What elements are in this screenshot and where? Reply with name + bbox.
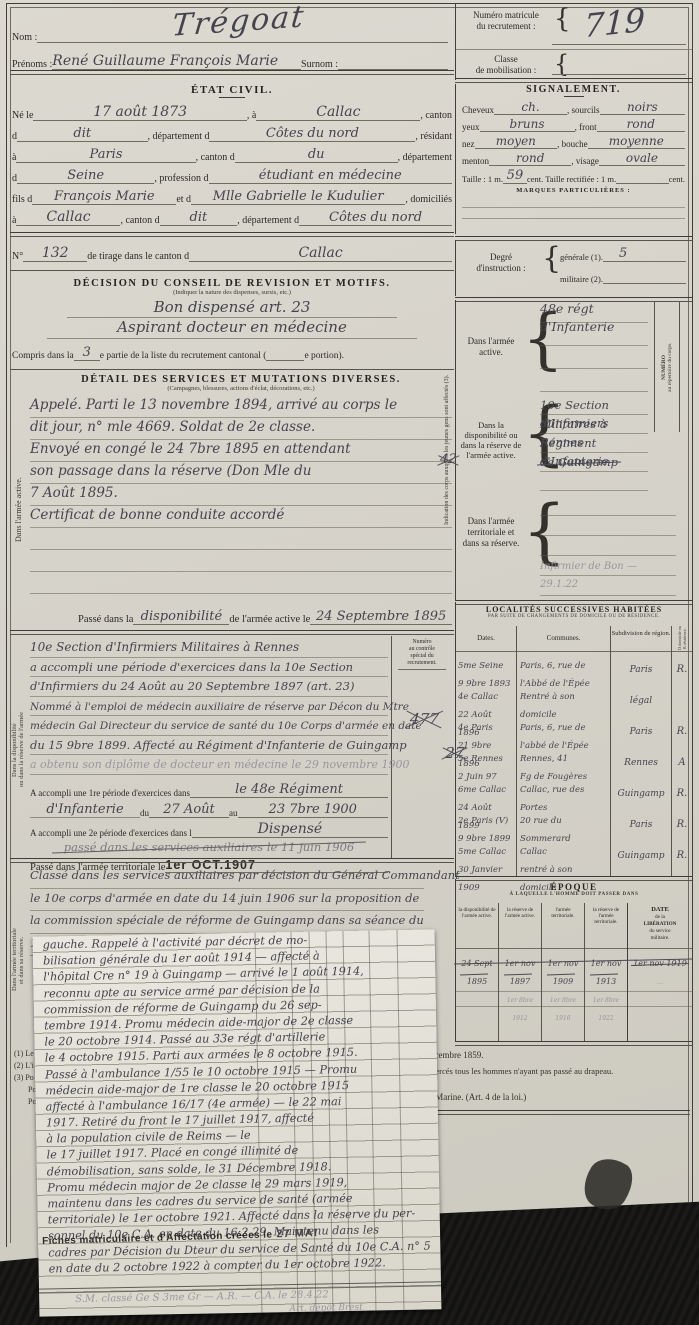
periode1-handwritten-2: d'Infanterie xyxy=(46,802,123,817)
commune-cell: Rennes, 41Fg de Fougères xyxy=(520,748,607,779)
rule xyxy=(455,78,692,83)
blank-line xyxy=(462,208,685,219)
nom-label: Nom : xyxy=(12,32,37,43)
armee-active-label: Dans l'armée active. xyxy=(460,336,522,358)
disponibilite-vertical-1: Dans la disponibilité xyxy=(11,655,18,845)
departement3-handwritten: Côtes du nord xyxy=(329,210,422,225)
blank-line xyxy=(30,528,452,550)
footnote-3: (3) Po xyxy=(14,1072,36,1084)
terr-handwritten-2: le 10e corps d'armée en date du 14 juin … xyxy=(30,891,419,905)
service-handwritten-2: dit jour, n° mle 4669. Soldat de 2e clas… xyxy=(30,419,315,435)
armee-active-handwritten: 48e régt d'Infanterie xyxy=(540,301,614,334)
rule xyxy=(10,369,454,370)
birthdate-line: 17 août 1873 xyxy=(33,104,247,121)
disponibilite-lines: 10e Section d'Infirmiers Militaires à Re… xyxy=(540,396,648,491)
blank-line xyxy=(540,496,676,516)
sourcils-line: noirs xyxy=(600,100,685,115)
dispo-handwritten-l7: a obtenu son diplôme de docteur en médec… xyxy=(30,758,410,771)
profession-handwritten: étudiant en médecine xyxy=(259,168,402,183)
blank-line xyxy=(30,572,452,594)
numero-repertoire-label-2: au répertoire du corps. xyxy=(667,302,673,432)
corps-line: Infirmier de Bon — 29.1.22 xyxy=(540,556,676,576)
front-line: rond xyxy=(597,117,685,132)
date-cell: 4e Paris21 9bre 1896 xyxy=(458,717,514,748)
nez-handwritten: moyen xyxy=(496,134,536,148)
date-cell: 2e Paris (V)9 9bre 1899 xyxy=(458,810,514,841)
brace-glyph: { xyxy=(554,52,569,76)
disponibilite-text: 10e Section d'Infirmiers Militaires à Re… xyxy=(30,638,388,873)
nez-line: moyen xyxy=(475,134,558,149)
passe-label-a: Passé dans la xyxy=(78,614,133,625)
matricule-box: Numéro matricule du recrutement : { 719 … xyxy=(455,4,692,80)
dispo-handwritten-l4: Nommé à l'emploi de médecin auxiliaire d… xyxy=(30,701,409,713)
degre-section: Degré d'instruction : { générale (1). 5 … xyxy=(455,240,692,296)
terr-line: le 10e corps d'armée en date du 14 juin … xyxy=(30,889,424,912)
periode2-handwritten: Dispensé xyxy=(258,821,323,837)
birthplace-line: Callac xyxy=(256,104,420,121)
epoque-col-1: la disponibilité de l'armée active. 24 S… xyxy=(456,903,499,1041)
commune-cell: Rentré à son domicile xyxy=(520,686,607,717)
epoque-subtitle: À LAQUELLE L'HOMME DOIT PASSER DANS xyxy=(456,892,692,897)
disponibilite-section: Numéro au contrôle spécial du recrutemen… xyxy=(30,636,452,858)
col-dates: Dates. 5me Seine9 9bre 1893 4e Callac22 … xyxy=(456,626,517,876)
rule xyxy=(10,232,454,237)
signalement-title: SIGNALEMENT. xyxy=(462,84,685,95)
crossed-out-line: passé dans les services auxiliaires le 1… xyxy=(30,838,388,855)
dr-cell: R. xyxy=(672,841,692,872)
stamp-date: 27 MAI xyxy=(276,1227,318,1240)
commune-cell: 20 rue duSommerard xyxy=(520,810,607,841)
col-subdivision-body: Paris légal Paris Rennes Guingamp Paris … xyxy=(611,652,671,872)
passe-handwritten-2: 24 Septembre 1895 xyxy=(316,609,446,624)
rule xyxy=(552,44,686,45)
blank-line xyxy=(540,346,648,369)
scanned-military-record: { "glyphs": { "brace": "{", "paren": "("… xyxy=(0,0,699,1325)
dispo-line: 10e Section d'Infirmiers Militaires à Re… xyxy=(30,638,388,658)
decision-title: DÉCISION DU CONSEIL DE REVISION ET MOTIF… xyxy=(12,278,452,289)
commune-cell: Callac, rue desPortes xyxy=(520,779,607,810)
blank-line xyxy=(540,516,676,536)
dispo-handwritten-l1: 10e Section d'Infirmiers Militaires à Re… xyxy=(30,640,299,654)
blank-line xyxy=(540,536,676,556)
residence-line: Paris xyxy=(16,147,195,163)
domicile-line: Callac xyxy=(16,209,120,226)
passe-disponibilite-row: Passé dans la disponibilité de l'armée a… xyxy=(78,606,452,625)
corps-line: Militaires à Rennes xyxy=(540,415,648,434)
profession-line: étudiant en médecine xyxy=(209,168,453,184)
armee-active-vertical-label: Dans l'armée active. xyxy=(14,430,23,590)
dispo-line: d'Infirmiers du 24 Août au 20 Septembre … xyxy=(30,677,388,697)
dispo-handwritten-4: de Guingamp xyxy=(540,455,618,469)
birthdate-handwritten: 17 août 1873 xyxy=(93,104,187,120)
periode1-line-4: 23 7bre 1900 xyxy=(238,802,389,818)
periode1-line-3: 27 Août xyxy=(149,802,229,818)
localites-title: LOCALITÉS SUCCESSIVES HABITÉES xyxy=(456,605,692,614)
degre-generale-handwritten: 5 xyxy=(619,246,627,261)
dr-cell xyxy=(672,686,692,717)
dr-cell: A xyxy=(672,748,692,779)
service-line: dit jour, n° mle 4669. Soldat de 2e clas… xyxy=(30,418,452,440)
passe-line-1: disponibilité xyxy=(133,609,229,625)
degre-militaire-line xyxy=(603,283,686,284)
disponibilite-vertical-label: Dans la disponibilité ou dans la réserve… xyxy=(11,655,25,845)
service-handwritten-1: Appelé. Parti le 13 novembre 1894, arriv… xyxy=(30,397,397,413)
canton3-line: dit xyxy=(160,210,238,226)
subdiv-cell: légal xyxy=(613,686,669,717)
canton2-handwritten: du xyxy=(308,147,325,162)
corps-line: 10e Section d'Infirmiers xyxy=(540,396,648,415)
slip-footer-note-2: Art. dépôt Brest xyxy=(289,1303,363,1314)
visage-line: ovale xyxy=(599,151,685,166)
canton-line: dit xyxy=(17,126,148,142)
dispo-line: médecin Gal Directeur du service de sant… xyxy=(30,716,388,736)
service-handwritten-4: son passage dans la réserve (Don Mle du xyxy=(30,463,312,479)
prenoms-line: René Guillaume François Marie xyxy=(52,53,301,70)
epoque-value-3: 1er nov 19091er 8bre 1916 xyxy=(542,949,584,977)
taille-rect-line xyxy=(616,183,669,184)
footnote-3b: Po xyxy=(14,1084,36,1096)
dr-cell: R. xyxy=(672,655,692,686)
footnote-2: (2) L'i xyxy=(14,1060,36,1072)
controle-special-header: Numéro au contrôle spécial du recrutemen… xyxy=(392,636,452,667)
signalement-section: SIGNALEMENT. Cheveux ch. , sourcils noir… xyxy=(455,84,691,234)
dispo-line: a accompli une période d'exercices dans … xyxy=(30,658,388,678)
canton-handwritten: dit xyxy=(73,126,91,141)
disponibilite-label: Dans la disponibilité ou dans la réserve… xyxy=(460,420,522,460)
dispo-handwritten-l2: a accompli une période d'exercices dans … xyxy=(30,660,353,674)
father-handwritten: François Marie xyxy=(54,189,155,204)
etat-civil-title: ÉTAT CIVIL. xyxy=(12,84,452,96)
etat-civil-section: ÉTAT CIVIL. Né le 17 août 1873 , à Calla… xyxy=(12,84,452,232)
terr-handwritten-3: la commission spéciale de réforme de Gui… xyxy=(30,913,424,927)
degre-militaire-label: militaire (2). xyxy=(560,274,603,284)
subdiv-cell: Paris xyxy=(613,717,669,748)
degre-label: Degré d'instruction : xyxy=(462,252,540,274)
departement2-line: Seine xyxy=(17,168,154,184)
prenoms-label: Prénoms : xyxy=(12,59,52,70)
rule xyxy=(456,49,692,50)
territoriale-label: Dans l'armée territoriale et dans sa rés… xyxy=(460,516,522,549)
col-communes-body: Paris, 6, rue del'Abbé de l'Épée Rentré … xyxy=(517,652,610,872)
taille-handwritten: 59 xyxy=(507,168,524,183)
periode1-line: le 48e Régiment xyxy=(190,782,388,798)
passe-handwritten-1: disponibilité xyxy=(141,609,223,624)
blank-line xyxy=(540,472,648,491)
periode1-handwritten-4: 23 7bre 1900 xyxy=(269,802,357,817)
dispo-line: Nommé à l'emploi de médecin auxiliaire d… xyxy=(30,697,388,717)
corps-box: NUMÉRO au répertoire du corps. 42 Dans l… xyxy=(455,300,692,600)
nom-line xyxy=(37,42,448,43)
numero-tirage-handwritten: 132 xyxy=(42,245,69,261)
bouche-handwritten: moyenne xyxy=(609,134,664,148)
rule xyxy=(219,97,245,98)
degre-generale-line: 5 xyxy=(603,246,686,262)
departement-handwritten: Côtes du nord xyxy=(266,126,359,141)
tirage-row: N° 132 de tirage dans le canton d Callac xyxy=(12,242,452,262)
header-left: Trégoat Nom : Prénoms : René Guillaume F… xyxy=(12,6,452,72)
numero-tirage-line: 132 xyxy=(23,245,87,262)
col-communes: Communes. Paris, 6, rue del'Abbé de l'Ép… xyxy=(517,626,611,876)
brace-glyph: { xyxy=(554,6,571,32)
service-line: son passage dans la réserve (Don Mle du xyxy=(30,462,452,484)
liberation-header: DATE de la LIBÉRATION du service militai… xyxy=(628,903,692,949)
corps-line: de Guingamp xyxy=(540,453,648,472)
epoque-col-3: l'armée territoriale. 1er nov 19091er 8b… xyxy=(542,903,585,1041)
ne-le-label: Né le xyxy=(12,110,33,121)
canton2-line: du xyxy=(235,147,398,163)
terr-handwritten-1: Classé dans les services auxiliaires par… xyxy=(30,868,460,882)
services-subtitle: (Campagnes, blessures, actions d'éclat, … xyxy=(30,385,452,392)
rule xyxy=(552,74,686,75)
rule xyxy=(398,669,446,670)
territoriale-vertical-1: Dans l'armée territoriale xyxy=(11,885,18,1035)
prenoms-handwritten: René Guillaume François Marie xyxy=(52,53,278,69)
slip-line: à la population civile de Reims — le xyxy=(46,1129,251,1146)
col-dr-header: D domicile ou R résidence. xyxy=(672,626,692,652)
rule xyxy=(10,270,454,271)
decision-handwritten-2: Aspirant docteur en médecine xyxy=(117,318,347,336)
col-dr-body: R. R. A R. R. R. xyxy=(672,652,692,872)
departement3-line: Côtes du nord xyxy=(299,210,452,226)
periode1-label: A accompli une 1re période d'exercices d… xyxy=(30,788,190,798)
mother-line: Mlle Gabrielle le Kudulier xyxy=(191,189,405,205)
services-title: DÉTAIL DES SERVICES ET MUTATIONS DIVERSE… xyxy=(30,374,452,385)
dispo-line: a obtenu son diplôme de docteur en médec… xyxy=(30,755,388,775)
mother-handwritten: Mlle Gabrielle le Kudulier xyxy=(213,189,384,204)
subdiv-cell: Rennes xyxy=(613,748,669,779)
marques-label: MARQUES PARTICULIÈRES : xyxy=(462,187,685,194)
subdiv-cell: Paris xyxy=(613,810,669,841)
epoque-col-4: la réserve de l'armée territoriale. 1er … xyxy=(585,903,628,1041)
passe-label-b: de l'armée active le xyxy=(229,614,310,625)
service-handwritten-5: 7 Août 1895. xyxy=(30,485,118,501)
sourcils-handwritten: noirs xyxy=(627,100,658,114)
col-subdivision-header: Subdivision de région. xyxy=(611,626,671,652)
date-cell: 5e Rennes2 Juin 97 xyxy=(458,748,514,779)
date-cell: 5me Callac30 Janvier 1909 xyxy=(458,841,514,872)
date-cell: 5me Seine9 9bre 1893 xyxy=(458,655,514,686)
menton-line: rond xyxy=(489,151,571,166)
territoriale-lines: Infirmier de Bon — 29.1.22 xyxy=(540,496,676,596)
localites-section: LOCALITÉS SUCCESSIVES HABITÉES PAR SUITE… xyxy=(455,602,692,876)
footnotes-left: (1) Le (2) L'i (3) Po Po Po xyxy=(14,1048,36,1108)
yeux-line: bruns xyxy=(480,117,575,132)
matricule-number-handwritten: 719 xyxy=(583,1,645,46)
bouche-line: moyenne xyxy=(588,134,685,149)
rule xyxy=(10,70,454,75)
territoriale-vertical-label: Dans l'armée territoriale et dans sa rés… xyxy=(11,885,25,1035)
blank-line xyxy=(462,194,685,208)
domicile-handwritten: Callac xyxy=(46,209,90,225)
col-subdivision: Subdivision de région. Paris légal Paris… xyxy=(611,626,672,876)
attached-paper-slip: gauche. Rappelé à l'activité par décret … xyxy=(33,929,442,1316)
blank-line xyxy=(30,550,452,572)
blank-line xyxy=(540,369,648,392)
corps-line: Régiment d'Infanterie xyxy=(540,434,648,453)
decision-section: DÉCISION DU CONSEIL DE REVISION ET MOTIF… xyxy=(12,278,452,368)
rule xyxy=(398,1110,690,1115)
residence-handwritten: Paris xyxy=(90,147,123,162)
subdiv-cell: Guingamp xyxy=(613,841,669,872)
periode2-label: A accompli une 2e période d'exercices da… xyxy=(30,828,192,838)
footnote-1: (1) Le xyxy=(14,1048,36,1060)
dispo-line: du 15 9bre 1899. Affecté au Régiment d'I… xyxy=(30,736,388,756)
rule xyxy=(455,1041,692,1046)
col-communes-header: Communes. xyxy=(517,626,610,652)
portion-line xyxy=(266,360,304,361)
subdiv-cell: Paris xyxy=(613,655,669,686)
decision-line-1: Bon dispensé art. 23 xyxy=(67,298,397,318)
epoque-col-2: la réserve de l'armée active. 1er nov 18… xyxy=(499,903,542,1041)
numero-tirage-label: N° xyxy=(12,251,23,262)
dispo-handwritten-l3: d'Infirmiers du 24 Août au 20 Septembre … xyxy=(30,679,354,693)
degre-generale-label: générale (1). xyxy=(560,252,603,262)
service-line: Appelé. Parti le 13 novembre 1894, arriv… xyxy=(30,396,452,418)
classe-label: Classe de mobilisation : xyxy=(460,54,552,76)
departement2-handwritten: Seine xyxy=(67,168,104,183)
blank-line xyxy=(628,992,692,1007)
armee-active-lines: 48e régt d'Infanterie xyxy=(540,300,648,392)
service-line: 7 Août 1895. xyxy=(30,484,452,506)
tirage-canton-line: Callac xyxy=(189,245,452,262)
canton3-handwritten: dit xyxy=(190,210,208,225)
cheveux-line: ch. xyxy=(494,100,567,115)
dr-cell: R. xyxy=(672,779,692,810)
subdiv-cell: Guingamp xyxy=(613,779,669,810)
departement-line: Côtes du nord xyxy=(209,126,415,142)
periode1-handwritten-3: 27 Août xyxy=(163,802,215,817)
cheveux-handwritten: ch. xyxy=(521,100,539,114)
dispo-handwritten-l5: médecin Gal Directeur du service de sant… xyxy=(30,720,422,732)
brace-glyph: { xyxy=(542,244,561,274)
decision-handwritten-1: Bon dispensé art. 23 xyxy=(154,298,311,316)
numero-repertoire-col: NUMÉRO au répertoire du corps. xyxy=(654,302,680,432)
commune-cell: Paris, 6, rue del'Abbé de l'Épée xyxy=(520,655,607,686)
service-line: Certificat de bonne conduite accordé xyxy=(30,506,452,528)
periode2-line: Dispensé xyxy=(192,821,388,838)
compris-line: 3 xyxy=(74,345,100,361)
col-dates-body: 5me Seine9 9bre 1893 4e Callac22 Août 18… xyxy=(456,652,516,872)
rule xyxy=(564,96,584,97)
col-dates-header: Dates. xyxy=(456,626,516,652)
menton-handwritten: rond xyxy=(516,151,544,165)
service-line: Envoyé en congé le 24 7bre 1895 en atten… xyxy=(30,440,452,462)
birthplace-handwritten: Callac xyxy=(316,104,360,120)
compris-label: Compris dans la xyxy=(12,351,74,361)
blank-line xyxy=(456,992,498,1007)
rule xyxy=(10,630,454,635)
front-handwritten: rond xyxy=(627,117,655,131)
services-section: DÉTAIL DES SERVICES ET MUTATIONS DIVERSE… xyxy=(30,374,452,600)
passe-line-2: 24 Septembre 1895 xyxy=(310,609,452,625)
col-domicile-residence: D domicile ou R résidence. R. R. A R. R.… xyxy=(672,626,692,876)
liberation-value: 1er nov 1919… xyxy=(628,949,692,977)
compris-handwritten: 3 xyxy=(83,345,91,360)
matricule-label: Numéro matricule du recrutement : xyxy=(460,10,552,32)
territoriale-vertical-2: et dans sa réserve. xyxy=(18,885,25,1035)
localites-subtitle: PAR SUITE DE CHANGEMENTS DE DOMICILE OU … xyxy=(456,614,692,619)
tirage-canton-handwritten: Callac xyxy=(298,245,342,261)
date-cell: 6me Callac24 Août 1899 xyxy=(458,779,514,810)
localites-table: Dates. 5me Seine9 9bre 1893 4e Callac22 … xyxy=(456,626,692,876)
dr-cell: R. xyxy=(672,717,692,748)
epoque-title: ÉPOQUE xyxy=(456,882,692,892)
epoque-table: la disponibilité de l'armée active. 24 S… xyxy=(456,903,692,1041)
corps-line: 48e régt d'Infanterie xyxy=(540,300,648,323)
service-handwritten-6: Certificat de bonne conduite accordé xyxy=(30,507,284,523)
periode1-line-2: d'Infanterie xyxy=(30,802,140,818)
yeux-handwritten: bruns xyxy=(510,117,545,131)
terr-line: Classé dans les services auxiliaires par… xyxy=(30,866,424,889)
decision-subtitle: (Indiquer la nature des dispenses, sursi… xyxy=(12,289,452,296)
dispo-handwritten-l6: du 15 9bre 1899. Affecté au Régiment d'I… xyxy=(30,738,407,752)
crossed-handwritten: passé dans les services auxiliaires le 1… xyxy=(64,840,354,854)
disponibilite-vertical-2: ou dans la réserve de l'armée xyxy=(18,655,25,845)
taille-line: 59 xyxy=(503,168,527,184)
footnote-3c: Po xyxy=(14,1096,36,1108)
commune-cell: Paris, 6, rue del'abbé de l'Épée xyxy=(520,717,607,748)
tirage-text: de tirage dans le canton d xyxy=(87,251,189,262)
visage-handwritten: ovale xyxy=(626,151,658,165)
epoque-value-4: 1er nov 19131er 8bre 1922 xyxy=(585,949,627,977)
service-handwritten-3: Envoyé en congé le 24 7bre 1895 en atten… xyxy=(30,441,351,457)
epoque-col-date: DATE de la LIBÉRATION du service militai… xyxy=(628,903,692,1041)
decision-line-2: Aspirant docteur en médecine xyxy=(47,318,417,339)
father-line: François Marie xyxy=(32,189,176,205)
epoque-section: ÉPOQUE À LAQUELLE L'HOMME DOIT PASSER DA… xyxy=(455,879,692,1041)
periode1-handwritten: le 48e Régiment xyxy=(235,782,343,797)
surnom-label: Surnom : xyxy=(301,59,338,70)
dr-cell: R. xyxy=(672,810,692,841)
